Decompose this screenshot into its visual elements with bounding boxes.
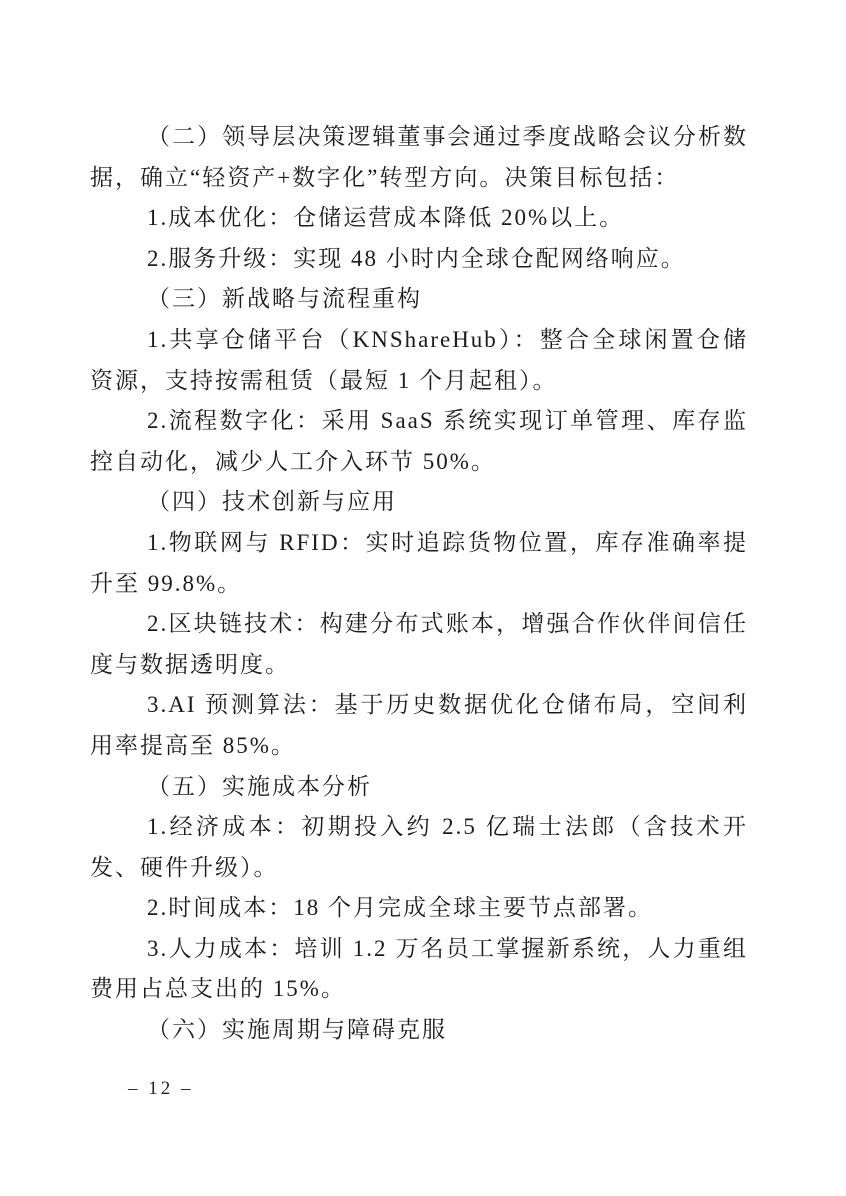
page-number-label: – 12 – <box>128 1078 194 1099</box>
section-ii-intro-paragraph: （二）领导层决策逻辑董事会通过季度战略会议分析数据，确立“轻资产+数字化”转型方… <box>90 117 748 198</box>
item-blockchain: 2.区块链技术：构建分布式账本，增强合作伙伴间信任度与数据透明度。 <box>90 604 748 685</box>
item-ai-prediction: 3.AI 预测算法：基于历史数据优化仓储布局，空间利用率提高至 85%。 <box>90 685 748 766</box>
section-iii-heading: （三）新战略与流程重构 <box>90 279 748 320</box>
document-page: （二）领导层决策逻辑董事会通过季度战略会议分析数据，确立“轻资产+数字化”转型方… <box>0 0 846 1196</box>
item-cost-optimization: 1.成本优化：仓储运营成本降低 20%以上。 <box>90 198 748 239</box>
item-labor-cost: 3.人力成本：培训 1.2 万名员工掌握新系统，人力重组费用占总支出的 15%。 <box>90 929 748 1010</box>
section-vi-heading: （六）实施周期与障碍克服 <box>90 1010 748 1051</box>
section-iv-heading: （四）技术创新与应用 <box>90 482 748 523</box>
item-shared-warehouse-platform: 1.共享仓储平台（KNShareHub）：整合全球闲置仓储资源，支持按需租赁（最… <box>90 320 748 401</box>
section-v-heading: （五）实施成本分析 <box>90 767 748 808</box>
item-time-cost: 2.时间成本：18 个月完成全球主要节点部署。 <box>90 888 748 929</box>
item-iot-rfid: 1.物联网与 RFID：实时追踪货物位置，库存准确率提升至 99.8%。 <box>90 523 748 604</box>
page-number: – 12 – <box>128 1078 194 1100</box>
item-economic-cost: 1.经济成本：初期投入约 2.5 亿瑞士法郎（含技术开发、硬件升级）。 <box>90 807 748 888</box>
item-process-digitalization: 2.流程数字化：采用 SaaS 系统实现订单管理、库存监控自动化，减少人工介入环… <box>90 401 748 482</box>
document-body: （二）领导层决策逻辑董事会通过季度战略会议分析数据，确立“轻资产+数字化”转型方… <box>90 117 748 1051</box>
item-service-upgrade: 2.服务升级：实现 48 小时内全球仓配网络响应。 <box>90 239 748 280</box>
